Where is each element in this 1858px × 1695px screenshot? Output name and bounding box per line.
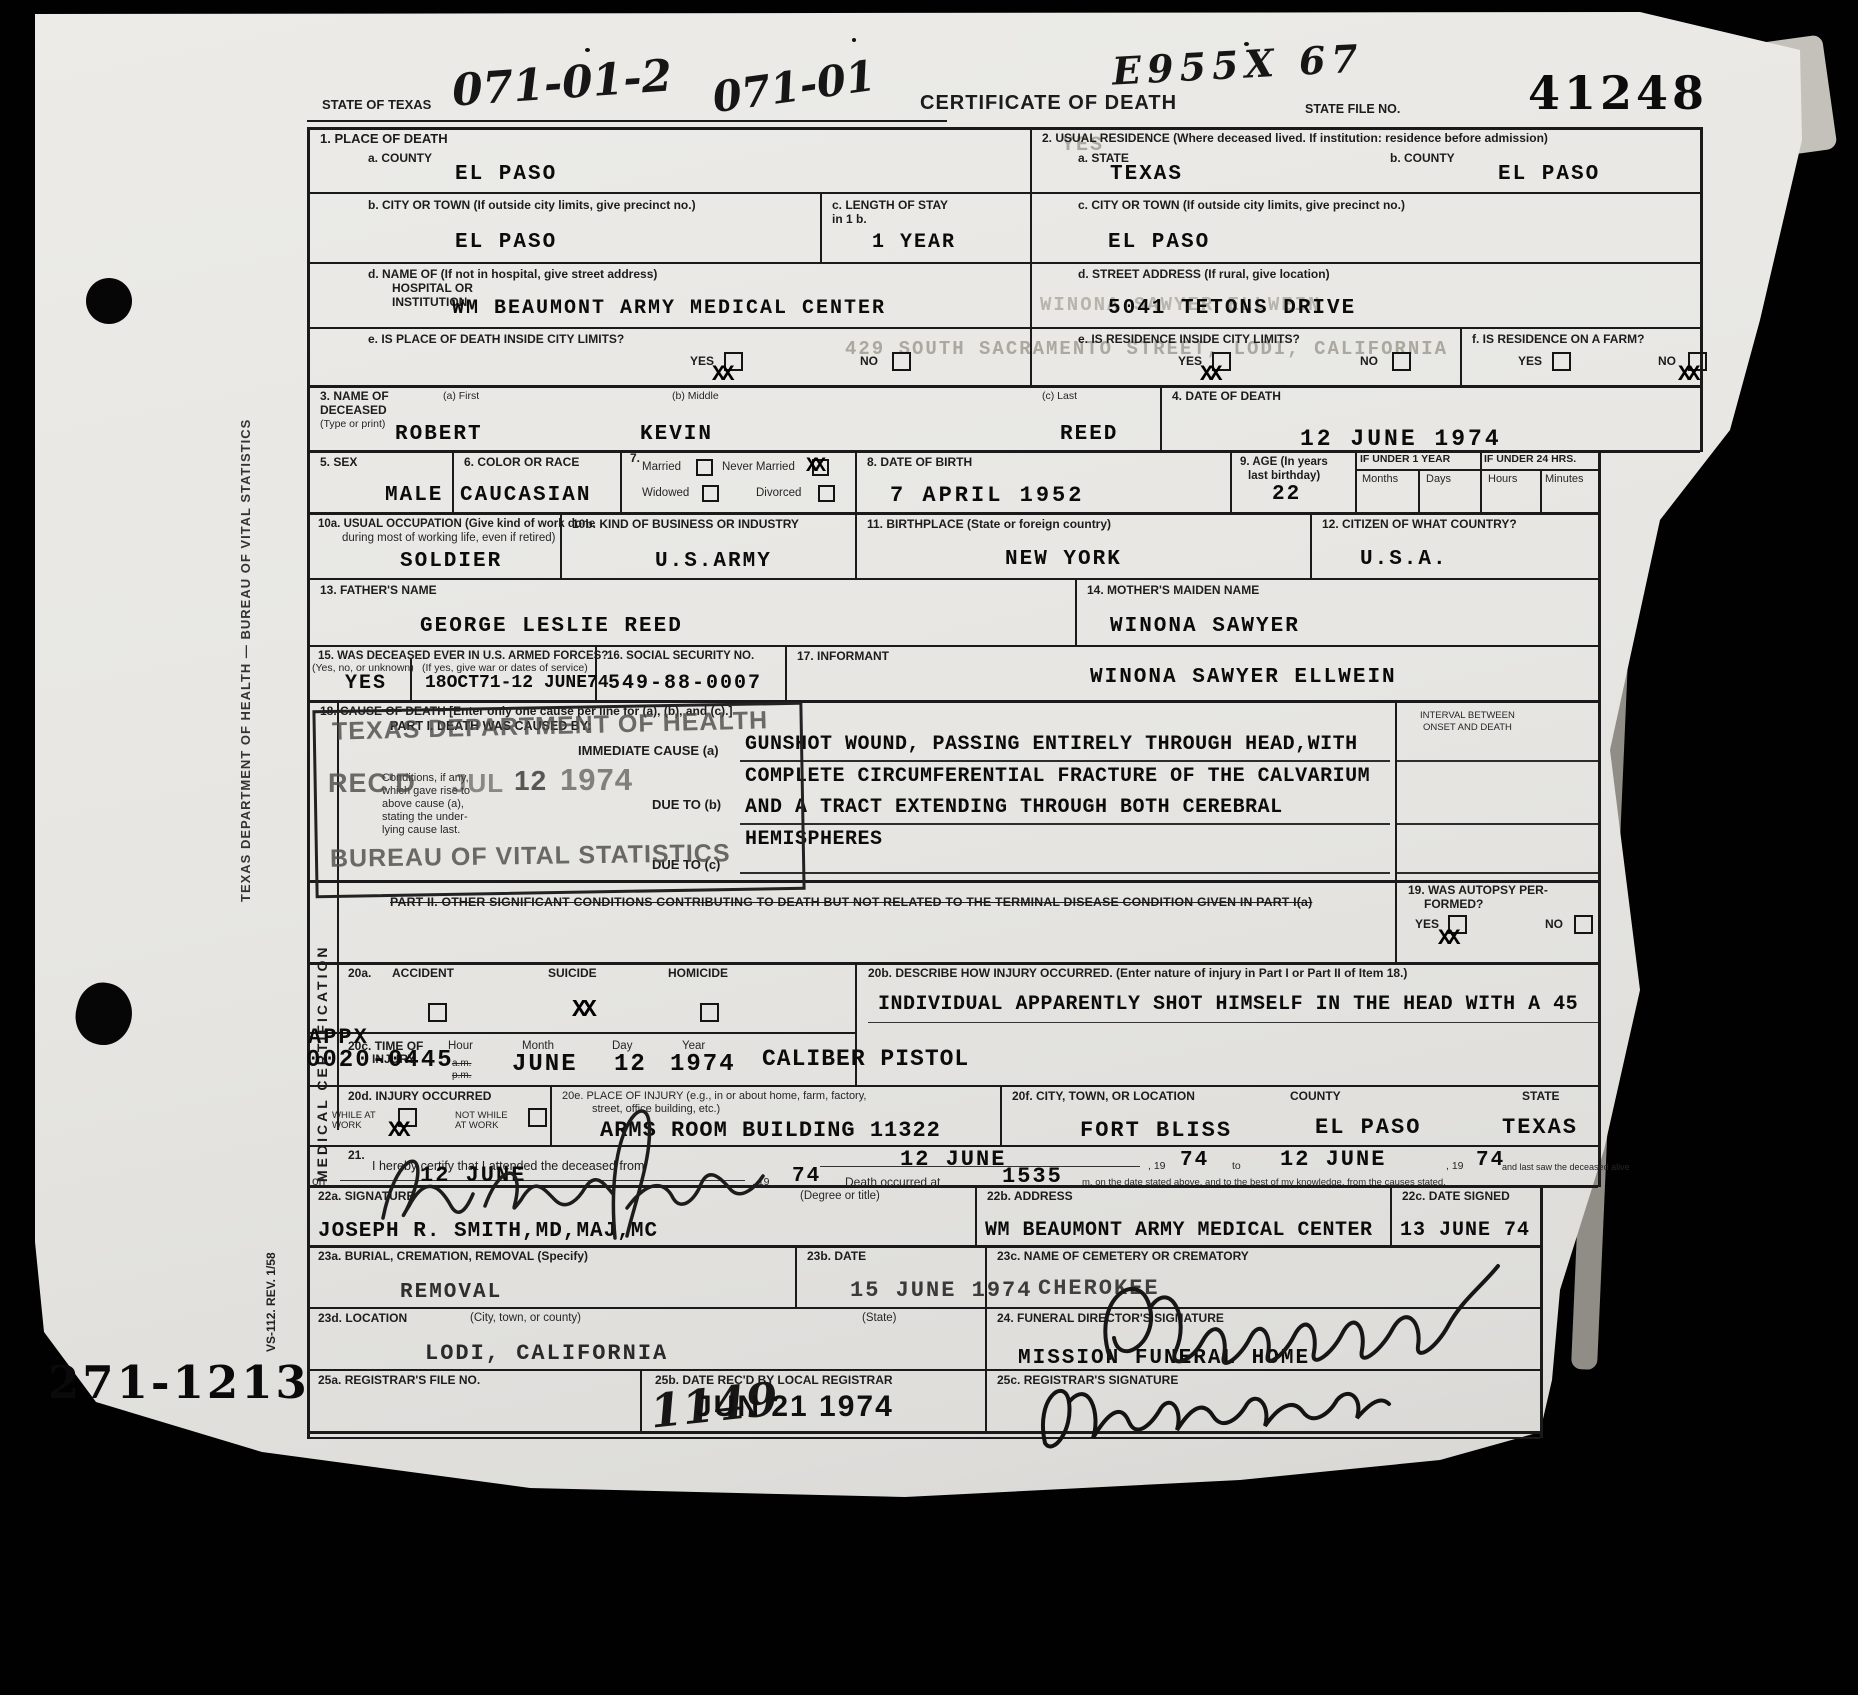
physician-signature [365, 1078, 785, 1248]
residence-city-label: c. CITY OR TOWN (If outside city limits,… [1078, 199, 1405, 213]
divider-h [307, 1032, 855, 1034]
divider-h [307, 700, 1598, 703]
mother-name-value: WINONA SAWYER [1110, 615, 1300, 638]
location-label: 23d. LOCATION [318, 1312, 407, 1326]
death-occurred-label: Death occurred at [845, 1175, 940, 1189]
form-right-border-mid [1598, 450, 1601, 1187]
batch-number-stamp: 271-1213 [48, 1356, 310, 1409]
describe-injury-label: 20b. DESCRIBE HOW INJURY OCCURRED. (Ente… [868, 967, 1407, 981]
autopsy-label-2: FORMED? [1424, 898, 1483, 912]
injury-city-label: 20f. CITY, TOWN, OR LOCATION [1012, 1090, 1195, 1104]
certify-num: 21. [348, 1149, 365, 1163]
date-signed-label: 22c. DATE SIGNED [1402, 1190, 1510, 1204]
form-left-border [307, 127, 310, 1439]
injury-county-value: EL PASO [1315, 1115, 1421, 1140]
injury-city-value: FORT BLISS [1080, 1118, 1232, 1143]
document-title: CERTIFICATE OF DEATH [920, 92, 1177, 115]
under-1-year-label: IF UNDER 1 YEAR [1360, 453, 1450, 465]
days-label: Days [1426, 473, 1451, 486]
certify-year-prefix: , 19 [1446, 1160, 1464, 1173]
citizen-label: 12. CITIZEN OF WHAT COUNTRY? [1322, 518, 1517, 532]
never-married-label: Never Married [722, 461, 795, 475]
address-label: 22b. ADDRESS [987, 1190, 1073, 1204]
burial-label: 23a. BURIAL, CREMATION, REMOVAL (Specify… [318, 1250, 588, 1264]
ssn-value: 549-88-0007 [608, 672, 762, 695]
divider-h [307, 385, 1700, 388]
received-stamp-year: 1974 [560, 762, 633, 798]
divider-v [452, 450, 454, 512]
interval-label-1: INTERVAL BETWEEN [1420, 710, 1515, 721]
certify-text-2: and last saw the deceased alive [1502, 1162, 1630, 1173]
certify-on-year: 74 [792, 1165, 821, 1188]
first-name-label: (a) First [443, 390, 479, 403]
yes-label: YES [690, 355, 714, 369]
certify-to-label: to [1232, 1160, 1241, 1173]
registrar-file-label: 25a. REGISTRAR'S FILE NO. [318, 1374, 480, 1388]
divider-h [307, 262, 1700, 264]
race-value: CAUCASIAN [460, 484, 591, 507]
certify-from-value: 12 JUNE [900, 1147, 1006, 1172]
burial-date-label: 23b. DATE [807, 1250, 866, 1264]
cause-b-line-1: AND A TRACT EXTENDING THROUGH BOTH CEREB… [745, 796, 1283, 819]
county-label: a. COUNTY [368, 152, 432, 166]
length-of-stay-value: 1 YEAR [872, 231, 956, 254]
divider-v [1030, 127, 1032, 387]
city-value: EL PASO [455, 231, 557, 254]
certify-on-label: on [312, 1174, 325, 1188]
father-name-value: GEORGE LESLIE REED [420, 615, 683, 638]
received-stamp-month: JUL [452, 768, 504, 799]
hours-label: Hours [1488, 473, 1517, 486]
checkbox-autopsy-no [1574, 915, 1593, 934]
under-24-hrs-label: IF UNDER 24 HRS. [1484, 453, 1576, 465]
place-of-death-heading: 1. PLACE OF DEATH [320, 132, 448, 147]
interval-label-2: ONSET AND DEATH [1423, 722, 1512, 733]
while-at-work-label-2: WORK [332, 1120, 362, 1131]
checkbox-farm-yes [1552, 352, 1571, 371]
yes-label: YES [1178, 355, 1202, 369]
divider-v [1480, 450, 1482, 512]
citizen-value: U.S.A. [1360, 548, 1448, 571]
divider-v [855, 450, 857, 512]
service-dates-value: 18OCT71-12 JUNE74 [425, 673, 609, 693]
month-injury-value: JUNE [512, 1051, 578, 1078]
divider-v [1000, 1085, 1002, 1145]
name-heading-2: DECEASED [320, 404, 387, 418]
sex-label: 5. SEX [320, 456, 357, 470]
cause-a-line-2: COMPLETE CIRCUMFERENTIAL FRACTURE OF THE… [745, 765, 1370, 788]
date-of-death-label: 4. DATE OF DEATH [1172, 390, 1281, 404]
cause-line-b [740, 823, 1390, 825]
margin-form-code: VS-112. REV. 1/58 [264, 1252, 278, 1352]
name-heading-3: (Type or print) [320, 418, 385, 431]
no-label: NO [1545, 918, 1563, 932]
paper-speck [585, 48, 590, 52]
widowed-label: Widowed [642, 487, 689, 501]
industry-value: U.S.ARMY [655, 550, 772, 573]
divider-v [795, 1245, 797, 1307]
burial-date-value: 15 JUNE 1974 [850, 1278, 1032, 1303]
divider-v [620, 450, 622, 512]
divider-h [307, 578, 1598, 580]
day-injury-value: 12 [614, 1051, 647, 1078]
describe-injury-value-2: CALIBER PISTOL [762, 1046, 969, 1072]
months-label: Months [1362, 473, 1398, 486]
accident-label: ACCIDENT [392, 967, 454, 981]
checkbox-place-limits-no [892, 352, 911, 371]
occupation-label-2: during most of working life, even if ret… [342, 532, 555, 546]
married-label: Married [642, 461, 681, 475]
date-of-birth-label: 8. DATE OF BIRTH [867, 456, 972, 470]
registrar-signature [1005, 1358, 1395, 1463]
cause-line-a [740, 760, 1390, 762]
middle-name-label: (b) Middle [672, 390, 719, 403]
divider-v [1540, 469, 1542, 512]
birthplace-value: NEW YORK [1005, 548, 1122, 571]
race-label: 6. COLOR OR RACE [464, 456, 579, 470]
form-right-border-top [1700, 127, 1703, 452]
xx-mark: XX [1200, 362, 1218, 387]
yes-label: YES [1518, 355, 1542, 369]
divider-v [820, 192, 822, 262]
age-value: 22 [1272, 483, 1301, 506]
birthplace-label: 11. BIRTHPLACE (State or foreign country… [867, 518, 1111, 532]
informant-value: WINONA SAWYER ELLWEIN [1090, 666, 1397, 689]
first-name-value: ROBERT [395, 423, 483, 446]
residence-city-value: EL PASO [1108, 231, 1210, 254]
street-address-label: d. STREET ADDRESS (If rural, give locati… [1078, 268, 1330, 282]
checkbox-accident [428, 1003, 447, 1022]
length-of-stay-label-2: in 1 b. [832, 213, 867, 227]
marital-label: 7. [630, 452, 640, 466]
informant-label: 17. INFORMANT [797, 650, 889, 664]
checkbox-homicide [700, 1003, 719, 1022]
county-value: EL PASO [455, 163, 557, 186]
divider-v [855, 512, 857, 578]
cause-line-c [740, 872, 1390, 874]
checkbox-widowed [702, 485, 719, 502]
divider-v [1418, 469, 1420, 512]
divider-h [307, 327, 1700, 329]
am-label: a.m. [452, 1058, 471, 1070]
divider-h [307, 962, 1598, 965]
date-of-birth-value: 7 APRIL 1952 [890, 483, 1084, 508]
certify-text-3: m. on the date stated above, and to the … [1082, 1177, 1446, 1188]
state-of-texas-label: STATE OF TEXAS [322, 98, 431, 113]
paper-speck [852, 38, 856, 42]
interval-line [1395, 760, 1598, 762]
occupation-label: 10a. USUAL OCCUPATION (Give kind of work… [318, 518, 595, 531]
certify-to-year: 74 [1476, 1149, 1505, 1172]
divider-v [640, 1369, 642, 1431]
checkbox-married [696, 459, 713, 476]
year-injury-value: 1974 [670, 1051, 736, 1078]
father-name-label: 13. FATHER'S NAME [320, 584, 437, 598]
xx-mark: XX [1678, 362, 1696, 387]
certify-year-prefix: , 19 [1148, 1160, 1166, 1173]
cause-a-line-1: GUNSHOT WOUND, PASSING ENTIRELY THROUGH … [745, 733, 1358, 756]
location-sub-2: (State) [862, 1312, 897, 1326]
divider-v [785, 645, 787, 700]
divider-v [1460, 327, 1462, 385]
form-right-border-bottom [1540, 1185, 1543, 1438]
divider-v [1230, 450, 1232, 512]
hospital-label-2: HOSPITAL OR [392, 282, 473, 296]
usual-residence-heading: 2. USUAL RESIDENCE (Where deceased lived… [1042, 132, 1548, 146]
divider-h [1355, 469, 1598, 471]
middle-name-value: KEVIN [640, 423, 713, 446]
divider-h [307, 512, 1598, 515]
margin-department-text: TEXAS DEPARTMENT OF HEALTH — BUREAU OF V… [238, 419, 253, 902]
location-value: LODI, CALIFORNIA [425, 1341, 668, 1366]
date-received-stamp: JUN 21 1974 [695, 1390, 894, 1424]
homicide-label: HOMICIDE [668, 967, 728, 981]
injury-state-label: STATE [1522, 1090, 1560, 1104]
no-label: NO [1658, 355, 1676, 369]
value-baseline [868, 1022, 1598, 1023]
suicide-label: SUICIDE [548, 967, 597, 981]
minutes-label: Minutes [1545, 473, 1584, 486]
hospital-label: d. NAME OF (If not in hospital, give str… [368, 268, 657, 282]
divorced-label: Divorced [756, 487, 801, 501]
industry-label: 10b. KIND OF BUSINESS OR INDUSTRY [572, 518, 799, 532]
state-file-no-label: STATE FILE NO. [1305, 102, 1400, 116]
age-label-2: last birthday) [1248, 470, 1320, 483]
divider-h [307, 192, 1700, 194]
last-name-label: (c) Last [1042, 390, 1077, 403]
checkbox-divorced [818, 485, 835, 502]
file-number-stamp: 41248 [1528, 66, 1708, 120]
hole-punch-top [86, 278, 132, 324]
header-underline [307, 120, 947, 122]
divider-v [1310, 512, 1312, 578]
xx-mark: XX [1438, 926, 1456, 951]
divider-v [985, 1369, 987, 1431]
interval-line [1395, 872, 1598, 874]
interval-box-left [1395, 700, 1397, 962]
divider-v [1355, 450, 1357, 512]
city-label: b. CITY OR TOWN (If outside city limits,… [368, 199, 696, 213]
no-label: NO [1360, 355, 1378, 369]
location-sub-1: (City, town, or county) [470, 1312, 581, 1326]
divider-v [1160, 385, 1162, 450]
divider-v [975, 1185, 977, 1245]
burial-value: REMOVAL [400, 1281, 502, 1304]
divider-h [307, 645, 1598, 647]
paper-sheet [0, 0, 1858, 1695]
armed-forces-answer: YES [345, 672, 387, 695]
injury-county-label: COUNTY [1290, 1090, 1341, 1104]
date-of-death-value: 12 JUNE 1974 [1300, 426, 1502, 452]
divider-v [1075, 578, 1077, 645]
residence-county-value: EL PASO [1498, 163, 1600, 186]
hospital-value: WM BEAUMONT ARMY MEDICAL CENTER [452, 297, 886, 320]
length-of-stay-label: c. LENGTH OF STAY [832, 199, 948, 213]
residence-state-value: TEXAS [1110, 163, 1183, 186]
xx-mark: XX [806, 455, 822, 478]
divider-v [985, 1307, 987, 1369]
describe-injury-value-1: INDIVIDUAL APPARENTLY SHOT HIMSELF IN TH… [878, 993, 1578, 1016]
received-stamp-recd: REC'D [328, 768, 416, 799]
name-heading: 3. NAME OF [320, 390, 389, 404]
place-city-limits-label: e. IS PLACE OF DEATH INSIDE CITY LIMITS? [368, 333, 624, 347]
residence-county-label: b. COUNTY [1390, 152, 1455, 166]
age-label: 9. AGE (In years [1240, 456, 1328, 469]
sex-value: MALE [385, 484, 443, 507]
xx-mark: XX [712, 362, 730, 387]
residence-farm-label: f. IS RESIDENCE ON A FARM? [1472, 333, 1644, 347]
street-address-value: 5041 TETONS DRIVE [1108, 297, 1356, 320]
yes-label: YES [1415, 918, 1439, 932]
injury-20a-label: 20a. [348, 967, 371, 981]
certify-to-value: 12 JUNE [1280, 1147, 1386, 1172]
residence-city-limits-label: e. IS RESIDENCE INSIDE CITY LIMITS? [1078, 333, 1300, 347]
divider-h [307, 127, 1700, 130]
scanned-death-certificate: YES WINONA SAWYER ELLWEIN 429 SOUTH SACR… [0, 0, 1858, 1695]
received-stamp-line-3: BUREAU OF VITAL STATISTICS [330, 839, 731, 874]
part2-text: PART II. OTHER SIGNIFICANT CONDITIONS CO… [390, 895, 1312, 909]
divider-v [1390, 1185, 1392, 1245]
interval-line [1395, 823, 1598, 825]
occupation-value: SOLDIER [400, 550, 502, 573]
ssn-label: 16. SOCIAL SECURITY NO. [607, 650, 754, 663]
time-injury-value: 0020-0445 [306, 1047, 454, 1074]
autopsy-label-1: 19. WAS AUTOPSY PER- [1408, 884, 1548, 898]
last-name-value: REED [1060, 423, 1118, 446]
checkbox-residence-limits-no [1392, 352, 1411, 371]
received-stamp-day: 12 [514, 765, 547, 797]
degree-label: (Degree or title) [800, 1190, 880, 1204]
certify-from-year: 74 [1180, 1149, 1209, 1172]
injury-state-value: TEXAS [1502, 1115, 1578, 1140]
xx-mark-suicide: XX [572, 997, 593, 1024]
no-label: NO [860, 355, 878, 369]
mother-name-label: 14. MOTHER'S MAIDEN NAME [1087, 584, 1259, 598]
death-time-value: 1535 [1002, 1164, 1063, 1189]
